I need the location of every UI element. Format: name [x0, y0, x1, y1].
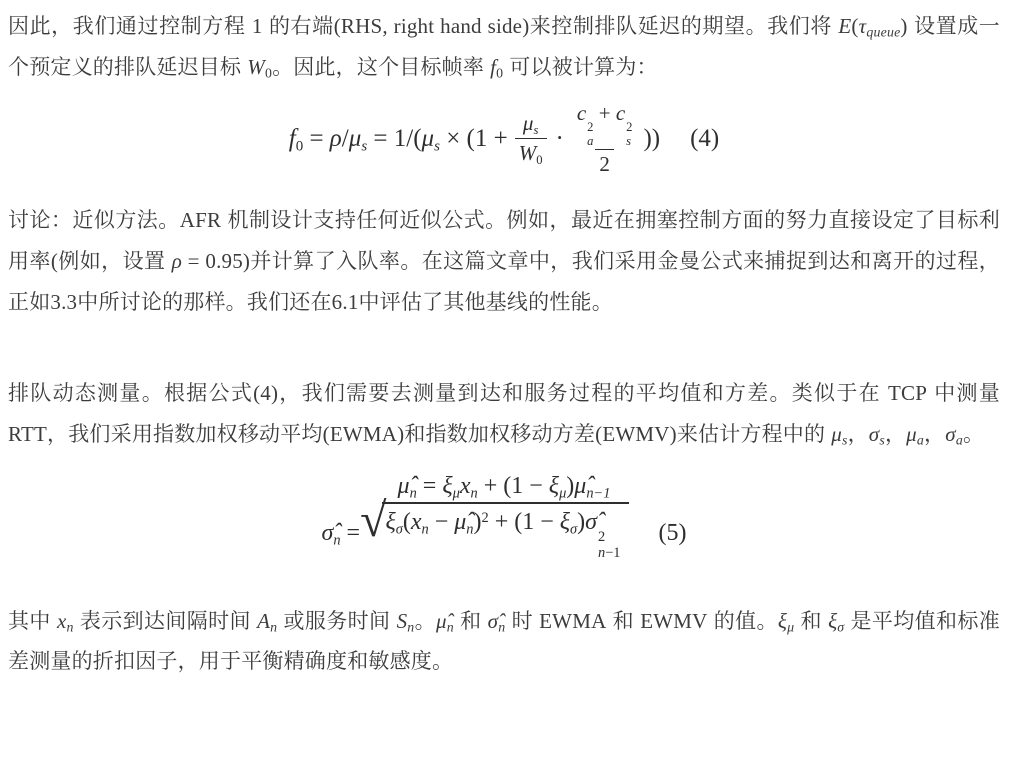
equation-5-lhs: σ̂n =	[322, 518, 361, 548]
paragraph-notation-explanation: 其中 xn 表示到达间隔时间 An 或服务时间 Sn。μ̂n 和 σ̂n 时 E…	[8, 601, 1000, 682]
fraction-denominator: W0	[515, 138, 547, 167]
paragraph-discussion-approximation: 讨论：近似方法。AFR 机制设计支持任何近似公式。例如，最近在拥塞控制方面的努力…	[8, 200, 1000, 323]
equation-5-number: (5)	[659, 518, 687, 548]
paragraph-control-equation: 因此，我们通过控制方程 1 的右端(RHS, right hand side)来…	[8, 6, 1000, 88]
fraction-numerator: μs	[519, 110, 542, 138]
fraction-denominator: 2	[595, 149, 614, 178]
multiplication-dot: ·	[556, 124, 564, 154]
equation-4-number: (4)	[690, 124, 719, 154]
paragraph-queue-dynamics-measurement: 排队动态测量。根据公式(4)，我们需要去测量到达和服务过程的平均值和方差。类似于…	[8, 373, 1000, 455]
radicand: ξσ(xn − μ̂n)2 + (1 − ξσ)σ̂2n−1	[382, 502, 628, 563]
equation-4: f0 = ρ/μs = 1/(μs × (1 + μs W0 · c2a + c…	[8, 100, 1000, 178]
fraction-mu-over-w0: μs W0	[515, 110, 547, 168]
paper-content: 因此，我们通过控制方程 1 的右端(RHS, right hand side)来…	[0, 0, 1010, 682]
equation-5: μ̂n = ξμxn + (1 − ξμ)μ̂n−1 σ̂n = √ ξσ(xn…	[8, 471, 1000, 563]
equation-4-closing-parens: ))	[643, 124, 660, 154]
fraction-squared-coefficients: c2a + c2s 2	[573, 100, 637, 178]
equation-4-lhs: f0 = ρ/μs = 1/(μs × (1 +	[289, 124, 508, 154]
fraction-numerator: c2a + c2s	[573, 100, 637, 149]
equation-5-ewmv-line: σ̂n = √ ξσ(xn − μ̂n)2 + (1 − ξσ)σ̂2n−1 (…	[322, 502, 687, 563]
document-page: { "document": { "language": "zh-CN", "ba…	[0, 0, 1010, 757]
equation-5-ewma-line: μ̂n = ξμxn + (1 − ξμ)μ̂n−1	[398, 471, 611, 501]
square-root-expression: √ ξσ(xn − μ̂n)2 + (1 − ξσ)σ̂2n−1	[360, 502, 628, 563]
